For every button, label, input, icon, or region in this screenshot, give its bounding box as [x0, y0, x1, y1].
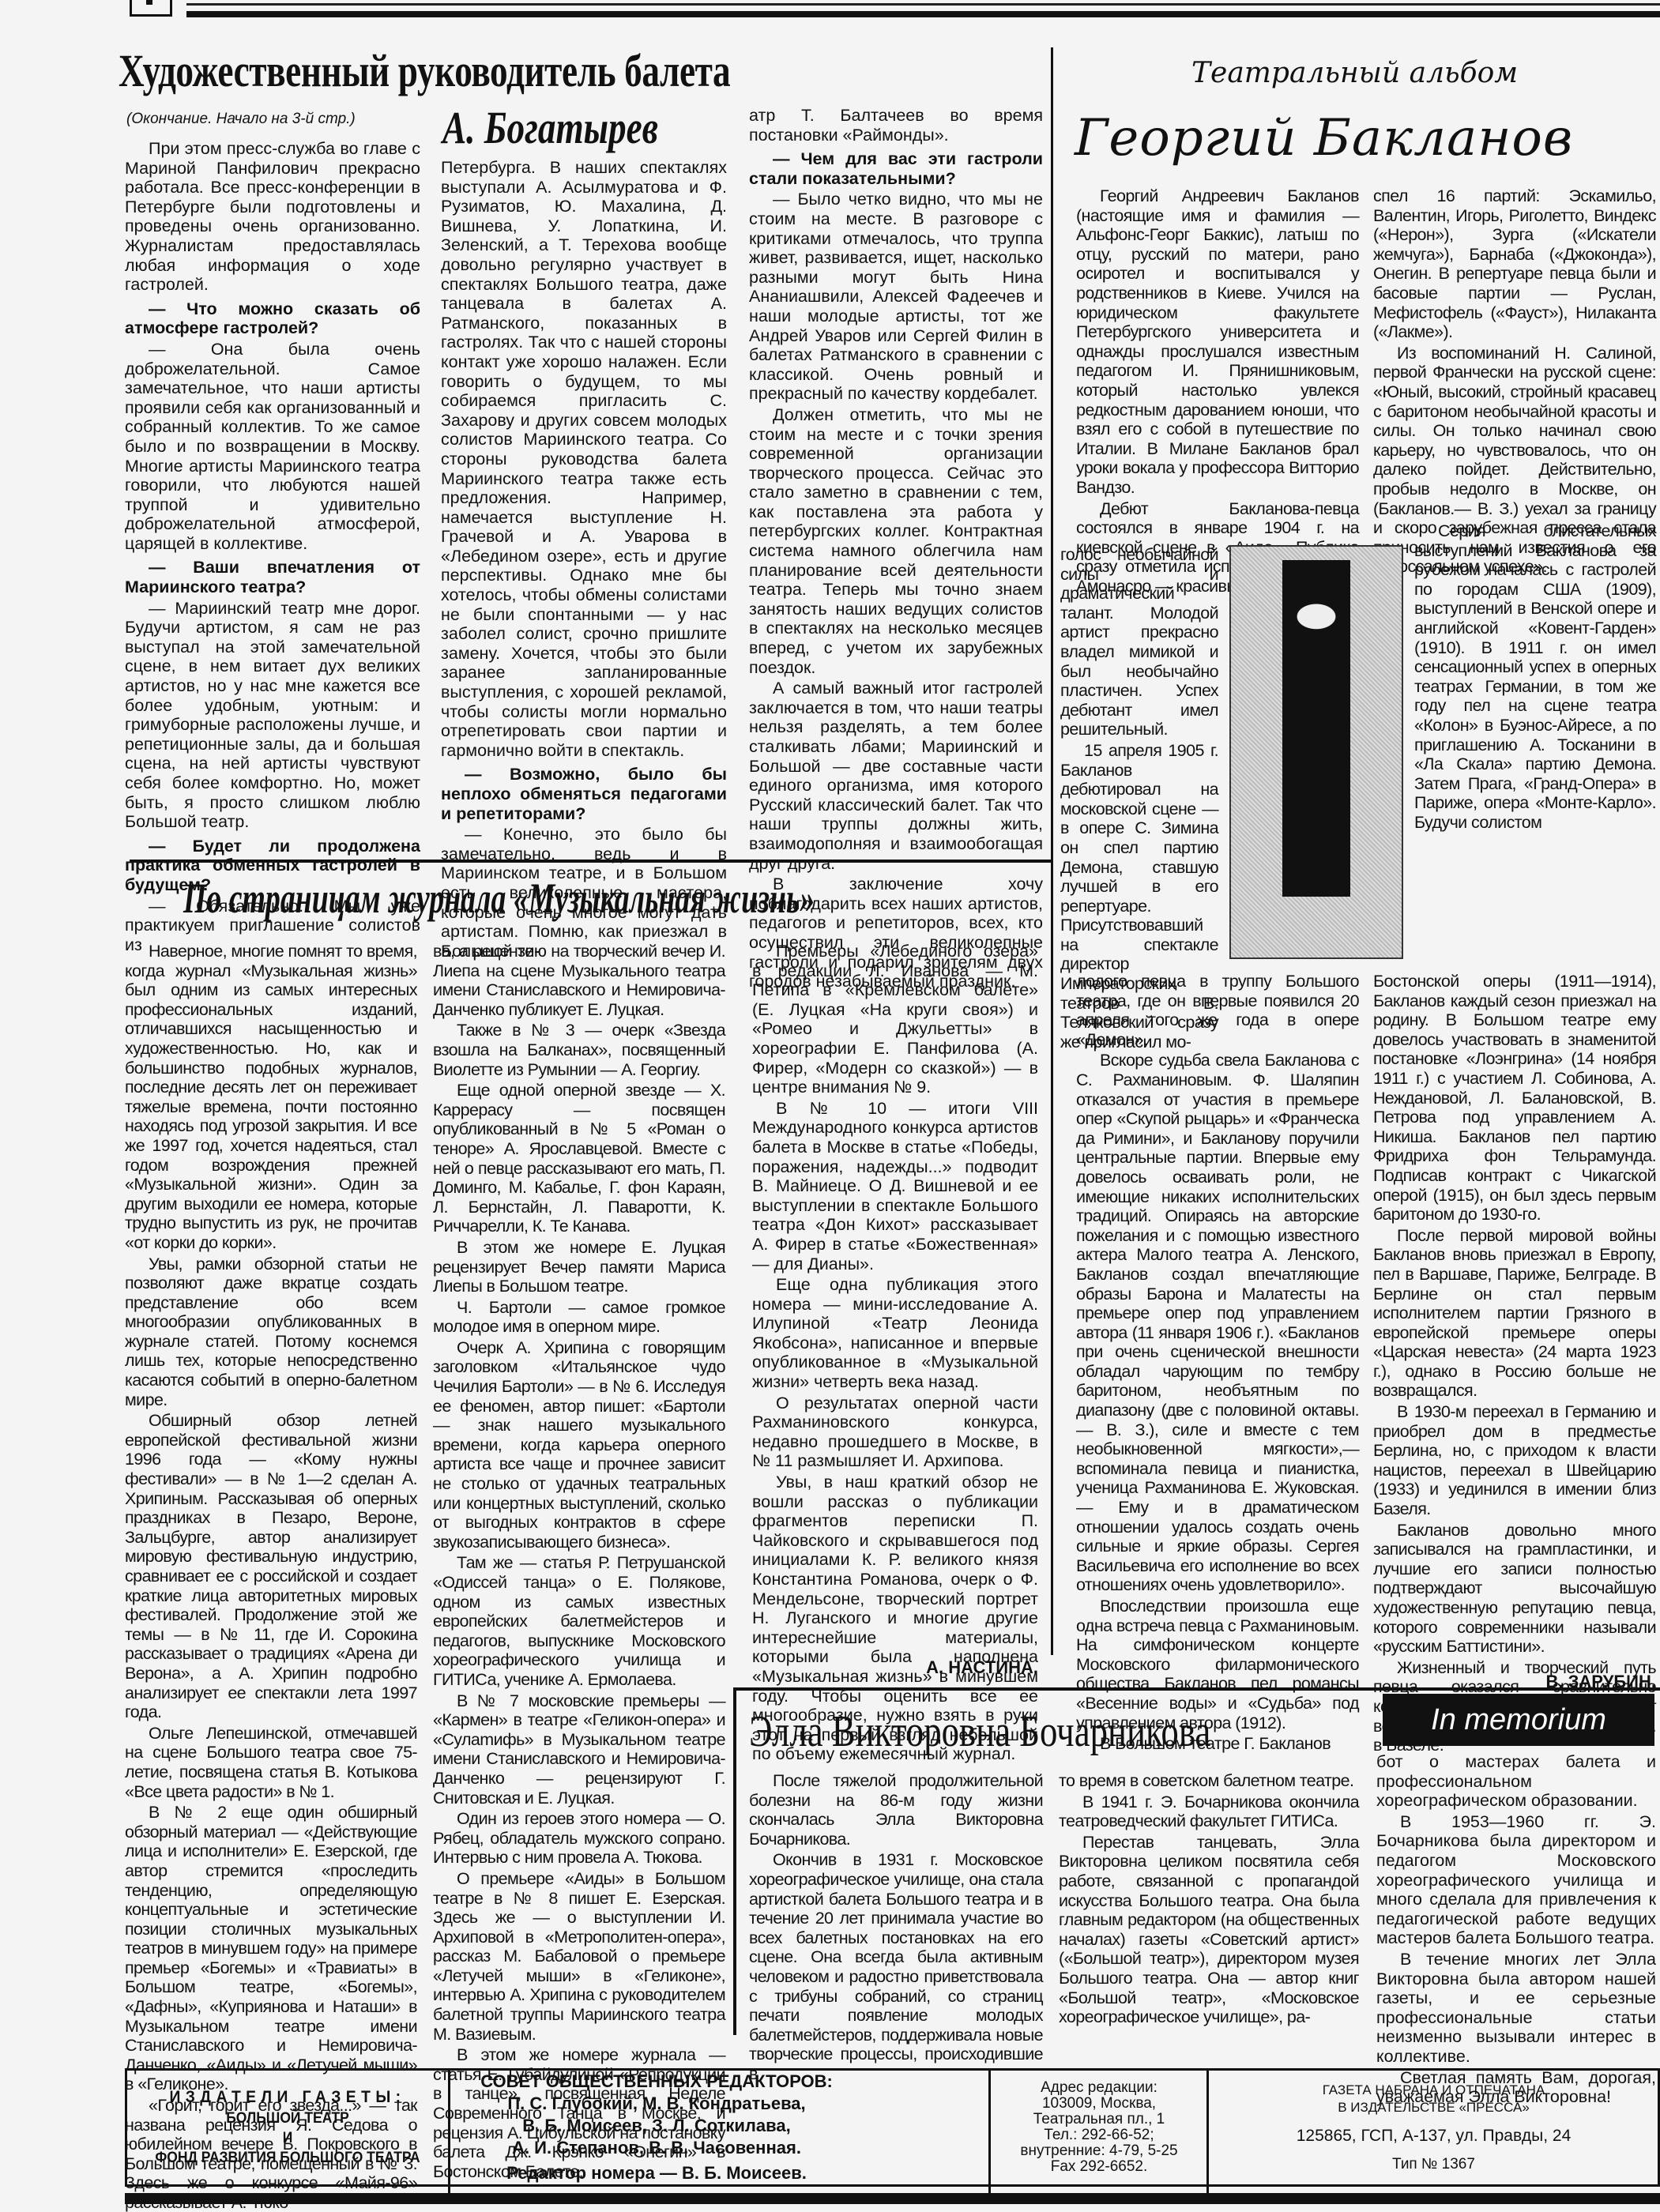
paragraph: В № 10 — итоги VIII Международного конку… — [752, 1099, 1038, 1273]
bottom-rule-thick — [125, 2193, 1660, 2204]
council-line: А. И. Степанов, В. В. Часовенная. — [512, 2137, 801, 2159]
obituary-column-2: то время в советском балетном театре. В … — [1059, 1771, 1359, 2027]
ballet-column-3: атр Т. Балтачеев во время постановки «Ра… — [749, 106, 1043, 991]
paragraph: О результатах оперной части Рахманиновск… — [752, 1394, 1038, 1471]
obituary-top-rule — [733, 1687, 1660, 1691]
paragraph: ва, а рецензию на творческий вечер И. Ли… — [433, 942, 725, 1019]
ballet-column-2: Петербурга. В наших спектаклях выступали… — [441, 158, 727, 961]
interview-question: — Чем для вас эти гастроли стали показат… — [749, 149, 1043, 188]
printed-type: Тип № 1367 — [1392, 2156, 1475, 2173]
council-line: П. С. Глубокий, М. В. Кондратьева, — [507, 2093, 805, 2115]
printed-line: ГАЗЕТА НАБРАНА И ОТПЕЧАТАНА — [1323, 2082, 1545, 2099]
publishers-cell: ИЗДАТЕЛИ ГАЗЕТЫ: БОЛЬШОЙ ТЕАТР И ФОНД РА… — [140, 2071, 435, 2184]
council-line: В. Б. Моисеев, З. Л. Соткилава, — [522, 2115, 790, 2137]
paragraph: После первой мировой войны Бакланов внов… — [1373, 1226, 1656, 1401]
interview-question: — Что можно сказать об атмосфере гастрол… — [125, 299, 420, 338]
baklanov-column-1-top: Георгий Андреевич Бакланов (настоящие им… — [1076, 186, 1359, 596]
interview-question: — Возможно, было бы неплохо обменяться п… — [441, 765, 727, 823]
paragraph: В течение многих лет Элла Викторовна был… — [1376, 1950, 1656, 2067]
paragraph: Вскоре судьба свела Бакланова с С. Рахма… — [1076, 1051, 1359, 1595]
paragraph: Увы, рамки обзорной статьи не позволяют … — [125, 1255, 417, 1410]
printed-line: В ИЗДАТЕЛЬСТВЕ «ПРЕССА» — [1338, 2099, 1530, 2116]
paragraph: Один из героев этого номера — О. Рябец, … — [433, 1809, 725, 1868]
paragraph: Еще одной оперной звезде — Х. Каррерасу … — [433, 1081, 725, 1236]
paragraph: Там же — статья Р. Петрушанской «Одиссей… — [433, 1553, 725, 1689]
article-magazine-title: По страницам журнала «Музыкальная жизнь» — [183, 874, 815, 923]
in-memoriam-badge: In memorium — [1383, 1694, 1654, 1746]
baklanov-column-2-bottom: Бостонской оперы (1911—1914), Бакланов к… — [1373, 972, 1656, 1755]
paragraph: Окончив в 1931 г. Московское хореографич… — [749, 1850, 1043, 2083]
paragraph: Серия блистательных выступлений Бакланов… — [1414, 521, 1656, 833]
paragraph: Петербурга. В наших спектаклях выступали… — [441, 158, 727, 760]
page-number-box — [130, 0, 172, 17]
footer-divider — [988, 2071, 991, 2195]
paragraph: Наверное, многие помнят то время, когда … — [125, 942, 417, 1253]
article-ballet-title: Художественный руководитель балета — [119, 44, 730, 97]
section-divider-magazine — [130, 860, 1051, 863]
obituary-left-rule — [733, 1687, 736, 2035]
paragraph: Обширный обзор летней европейской фестив… — [125, 1411, 417, 1722]
continuation-note: (Окончание. Начало на 3-й стр.) — [126, 111, 356, 128]
paragraph: Должен отметить, что мы не стоим на мест… — [749, 405, 1043, 677]
magazine-column-2: ва, а рецензию на творческий вечер И. Ли… — [433, 942, 725, 2181]
imprint-footer: ИЗДАТЕЛИ ГАЗЕТЫ: БОЛЬШОЙ ТЕАТР И ФОНД РА… — [125, 2068, 1660, 2187]
paragraph: Также в № 3 — очерк «Звезда взошла на Ба… — [433, 1021, 725, 1079]
paragraph: голос необычайной силы и драматический т… — [1060, 545, 1218, 739]
issue-editor: Редактор номера — В. Б. Моисеев. — [506, 2162, 807, 2184]
paragraph: В этом же номере Е. Луцкая рецензирует В… — [433, 1238, 725, 1296]
masthead-rule-thin — [186, 3, 1660, 6]
printed-address: 125865, ГСП, А-137, ул. Правды, 24 — [1297, 2127, 1572, 2145]
paragraph: Очерк А. Хрипина с говорящим заголовком … — [433, 1338, 725, 1552]
author-signature: А. НАСТИНА. — [869, 1657, 1038, 1678]
footer-divider — [448, 2071, 450, 2195]
footer-divider — [1206, 2071, 1209, 2195]
paragraph: Еще одна публикация этого номера — мини-… — [752, 1275, 1038, 1392]
magazine-column-3: Премьеры «Лебединого озера» в редакции Л… — [752, 942, 1038, 1764]
paragraph: Премьеры «Лебединого озера» в редакции Л… — [752, 942, 1038, 1097]
publishers-line: И — [283, 2128, 293, 2148]
paragraph: Бостонской оперы (1911—1914), Бакланов к… — [1373, 972, 1656, 1224]
baklanov-wrap-right: Серия блистательных выступлений Бакланов… — [1414, 521, 1656, 833]
paragraph: — Было четко видно, что мы не стоим на м… — [749, 190, 1043, 404]
address-line: Театральная пл., 1 — [1033, 2112, 1165, 2127]
paragraph: А самый важный итог гастролей заключаетс… — [749, 679, 1043, 873]
address-line: 103009, Москва, — [1042, 2096, 1156, 2112]
obituary-column-3: бот о мастерах балета и профессиональном… — [1376, 1752, 1656, 2107]
council-title: СОВЕТ ОБЩЕСТВЕННЫХ РЕДАКТОРОВ: — [480, 2071, 833, 2093]
paragraph: бот о мастерах балета и профессиональном… — [1376, 1752, 1656, 1811]
paragraph: спел 16 партий: Эскамильо, Валентин, Иго… — [1373, 186, 1656, 342]
address-phone: Тел.: 292-66-52; — [1044, 2127, 1154, 2143]
interview-question: — Ваши впечатления от Мариинского театра… — [125, 558, 420, 596]
rubric-theatre-album: Театральный альбом — [1191, 57, 1518, 89]
baklanov-column-2-top: спел 16 партий: Эскамильо, Валентин, Иго… — [1373, 186, 1656, 577]
paragraph: Ольге Лепешинской, отмечавшей на сцене Б… — [125, 1724, 417, 1801]
paragraph: О премьере «Аиды» в Большом театре в № 8… — [433, 1869, 725, 2044]
baklanov-portrait-photo — [1229, 545, 1403, 959]
column-divider-main — [1051, 47, 1053, 1655]
obituary-title: Элла Викторовна Бочарникова — [749, 1706, 1210, 1757]
paragraph: В 1941 г. Э. Бочарникова окончила театро… — [1059, 1793, 1359, 1831]
paragraph: — Мариинский театр мне дорог. Будучи арт… — [125, 599, 420, 832]
baklanov-column-1-bottom: лодого певца в труппу Большого театра, г… — [1076, 972, 1359, 1754]
address-cell: Адрес редакции: 103009, Москва, Театраль… — [992, 2071, 1206, 2184]
article-baklanov-title: Георгий Бакланов — [1075, 109, 1573, 167]
paragraph: После тяжелой продолжительной болезни на… — [749, 1771, 1043, 1849]
editorial-council-cell: СОВЕТ ОБЩЕСТВЕННЫХ РЕДАКТОРОВ: П. С. Глу… — [451, 2071, 862, 2184]
paragraph: В 1930-м переехал в Германию и приобрел … — [1373, 1402, 1656, 1519]
magazine-column-1: Наверное, многие помнят то время, когда … — [125, 942, 417, 2212]
paragraph: В № 2 еще один обширный обзорный материа… — [125, 1803, 417, 2094]
paragraph: В № 7 московские премьеры — «Кармен» в т… — [433, 1691, 725, 1808]
publishers-line: БОЛЬШОЙ ТЕАТР — [226, 2109, 349, 2128]
paragraph: — Она была очень доброжелательной. Самое… — [125, 340, 420, 554]
author-name: А. Богатырев — [442, 101, 658, 154]
paragraph: В 1953—1960 гг. Э. Бочарникова была дире… — [1376, 1812, 1656, 1948]
paragraph: то время в советском балетном театре. — [1059, 1771, 1359, 1791]
ballet-column-1: При этом пресс-служба во главе с Мариной… — [125, 139, 420, 954]
address-title: Адрес редакции: — [1041, 2080, 1157, 2096]
paragraph: При этом пресс-служба во главе с Мариной… — [125, 139, 420, 295]
publishers-title: ИЗДАТЕЛИ ГАЗЕТЫ: — [169, 2087, 405, 2107]
paragraph: Ч. Бартоли — самое громкое молодое имя в… — [433, 1298, 725, 1337]
paragraph: Перестав танцевать, Элла Викторовна цели… — [1059, 1833, 1359, 2027]
paragraph: лодого певца в труппу Большого театра, г… — [1076, 972, 1359, 1049]
page-number-mark — [146, 0, 152, 5]
in-memoriam-label: In memorium — [1431, 1703, 1606, 1737]
paragraph: Георгий Андреевич Бакланов (настоящие им… — [1076, 186, 1359, 498]
paragraph: Бакланов довольно много записывался на г… — [1373, 1521, 1656, 1657]
obituary-column-1: После тяжелой продолжительной болезни на… — [749, 1771, 1043, 2084]
paragraph: атр Т. Балтачеев во время постановки «Ра… — [749, 106, 1043, 145]
address-internal: внутренние: 4-79, 5-25 — [1020, 2143, 1177, 2159]
address-fax: Fax 292-6652. — [1051, 2159, 1148, 2175]
publishers-line: ФОНД РАЗВИТИЯ БОЛЬШОГО ТЕАТРА — [155, 2148, 420, 2168]
masthead-rule-thick — [186, 11, 1660, 17]
printing-house-cell: ГАЗЕТА НАБРАНА И ОТПЕЧАТАНА В ИЗДАТЕЛЬСТ… — [1210, 2071, 1658, 2184]
